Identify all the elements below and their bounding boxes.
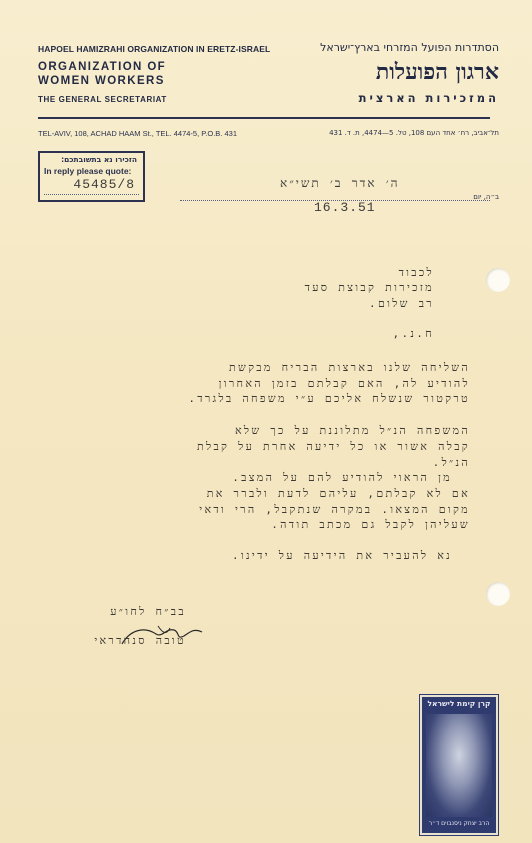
body-p2-line2: קבלה אשור או כל ידיעה אחרת על קבלת [197, 439, 470, 455]
body-p2-line1: המשפחה הנ״ל מתלוננת על כך שלא [235, 423, 470, 439]
punch-hole-top [486, 268, 510, 292]
body-p3-line2: אם לא קבלתם, עליהם לדעת ולברר את [207, 486, 470, 502]
body-p3-line4: שעליהן לקבל גם מכתב תודה. [271, 517, 470, 533]
organization-title-english-line1: ORGANIZATION OF [38, 60, 166, 74]
salutation: ח.נ., [393, 326, 434, 342]
body-p2-line3: הנ״ל. [433, 455, 470, 471]
body-p3-line1: מן הראוי להודיע להם על המצב. [232, 470, 452, 486]
secretariat-english: THE GENERAL SECRETARIAT [38, 95, 167, 104]
body-p1-line2: להודיע לה, האם קבלתם בזמן האחרון [219, 376, 470, 392]
address-line: TEL-AVIV, 108, ACHAD HAAM St., TEL. 4474… [38, 129, 499, 138]
body-p1-line3: טרקטור שנשלח אליכם ע״י משפחה בלגרד. [188, 391, 470, 407]
body-p3-line3: מקום המצאו. במקרה שנתקבל, הרי ודאי [199, 502, 470, 518]
stamp-bottom-text: הרב יצחק ניסנבוים ד״ר [424, 820, 494, 831]
body-p4-line1: נא להעביר את הידיעה על ידינו. [232, 548, 452, 564]
addressee-line2: מזכירות קבוצת סעד [305, 280, 434, 296]
postage-stamp: קרן קימת לישראל הרב יצחק ניסנבוים ד״ר [420, 695, 498, 835]
reply-reference-box: הזכירו נא בתשובתכם: In reply please quot… [38, 151, 145, 202]
organization-title-english: ORGANIZATION OF WOMEN WORKERS [38, 60, 166, 88]
addressee-line3: רב שלום. [369, 296, 434, 312]
organization-name-hebrew-small: הסתדרות הפועל המזרחי בארץ־ישראל [320, 41, 499, 54]
secretariat-hebrew: המזכירות הארצית [359, 91, 499, 105]
signature-name: טובה סנהדראי [94, 633, 186, 649]
gregorian-date: 16.3.51 [314, 200, 376, 215]
body-p1-line1: השליחה שלנו בארצות הבריח מבקשת [229, 360, 470, 376]
stamp-portrait-image [426, 714, 492, 817]
letterhead-divider [38, 117, 490, 119]
reply-dotted-line [44, 194, 139, 195]
addressee-line1: לכבוד [399, 265, 434, 281]
organization-title-english-line2: WOMEN WORKERS [38, 74, 166, 88]
reference-number: 45485/8 [73, 177, 135, 192]
organization-title-hebrew: ארגון הפועלות [376, 59, 499, 85]
date-label: ב״ה, יום [473, 193, 499, 201]
stamp-top-text: קרן קימת לישראל [424, 699, 494, 712]
address-hebrew: תל־אביב, רח׳ אחד העם 108, טל. 5—4474, ת.… [329, 129, 499, 138]
reply-label-english: In reply please quote: [44, 166, 131, 176]
address-english: TEL-AVIV, 108, ACHAD HAAM St., TEL. 4474… [38, 129, 237, 138]
punch-hole-bottom [486, 582, 510, 606]
organization-name-english-small: HAPOEL HAMIZRAHI ORGANIZATION IN ERETZ-I… [38, 44, 270, 54]
hebrew-date: ה׳ אדר ב׳ תשי״א [280, 176, 400, 191]
closing-greeting: בב״ח לחו״ע [110, 604, 186, 620]
reply-label-hebrew: הזכירו נא בתשובתכם: [61, 155, 137, 164]
